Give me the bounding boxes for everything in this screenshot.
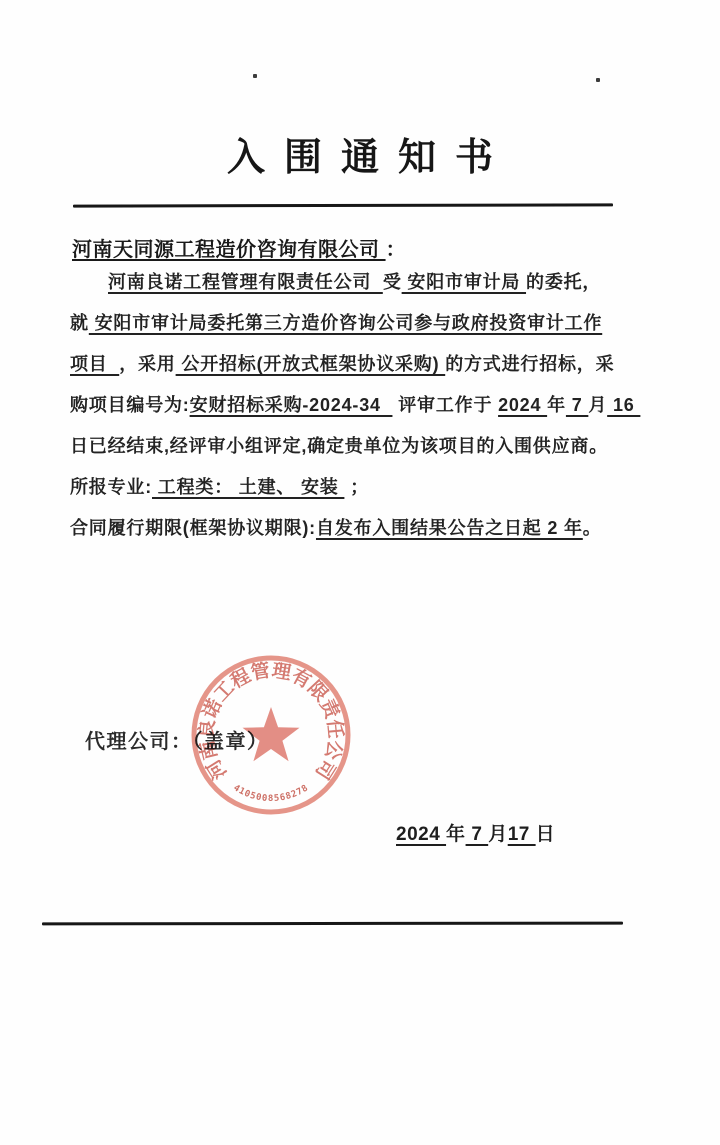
date-year-label: 年 — [446, 824, 466, 845]
scan-speck — [253, 74, 257, 78]
date-year: 2024 — [396, 824, 446, 845]
body-text-segment: ； — [344, 477, 369, 497]
company-seal: 河南良诺工程管理有限责任公司 4105008568278 — [189, 653, 353, 817]
review-day-blank: 16 — [607, 395, 640, 415]
date-day-label: 日 — [536, 824, 556, 845]
scan-speck — [596, 78, 600, 82]
svg-text:4105008568278: 4105008568278 — [231, 783, 310, 804]
body-text-segment: 日已经结束,经评审小组评定,确定贵单位为该项目的入围供应商。 — [70, 436, 608, 456]
seal-serial-number: 4105008568278 — [231, 783, 310, 804]
review-month-blank: 7 — [566, 395, 588, 415]
date-month-label: 月 — [488, 824, 508, 845]
body-text-segment: 年 — [547, 395, 566, 415]
body-line-2: 就 安阳市审计局委托第三方造价咨询公司参与政府投资审计工作 — [70, 303, 615, 344]
body-text-segment: 的委托， — [526, 272, 601, 292]
body-text-segment: 的方式进行招标，采 — [445, 354, 614, 374]
body-text-segment: 所报专业: — [70, 477, 152, 497]
page-title: 入围通知书 — [0, 126, 720, 181]
recipient-line: 河南天同源工程造价咨询有限公司 ： — [72, 233, 406, 262]
date-day: 17 — [508, 824, 536, 845]
seal-graphic: 河南良诺工程管理有限责任公司 4105008568278 — [189, 653, 353, 817]
body-line-7: 合同履行期限(框架协议期限):自发布入围结果公告之日起 2 年。 — [70, 508, 615, 549]
footer-divider — [42, 922, 623, 926]
issue-date: 2024 年 7 月17 日 — [396, 819, 555, 846]
body-text-segment: 评审工作于 — [392, 395, 498, 415]
agency-company-blank: 河南良诺工程管理有限责任公司 — [108, 272, 383, 292]
title-divider — [73, 203, 613, 207]
body-text-segment: 月 — [588, 395, 607, 415]
project-name-blank: 安阳市审计局委托第三方造价咨询公司参与政府投资审计工作 — [89, 313, 602, 333]
body-text-segment: ，采用 — [119, 354, 175, 374]
body-text-segment: 购项目编号为: — [70, 395, 190, 415]
purchaser-blank: 安阳市审计局 — [402, 272, 526, 292]
body-line-5: 日已经结束,经评审小组评定,确定贵单位为该项目的入围供应商。 — [70, 426, 615, 467]
body-text-segment: 就 — [70, 313, 89, 333]
seal-star-icon — [243, 707, 300, 761]
body-text-segment: 合同履行期限(框架协议期限): — [70, 518, 316, 538]
document-page: 入围通知书 河南天同源工程造价咨询有限公司 ： 河南良诺工程管理有限责任公司 受… — [0, 0, 720, 1145]
contract-term-blank: 自发布入围结果公告之日起 2 年 — [316, 518, 583, 538]
body-line-3: 项目 ，采用 公开招标(开放式框架协议采购) 的方式进行招标，采 — [70, 344, 615, 385]
date-month: 7 — [466, 824, 489, 845]
recipient-company: 河南天同源工程造价咨询有限公司 — [72, 239, 386, 261]
body-line-4: 购项目编号为:安财招标采购-2024-34 评审工作于 2024 年 7 月 1… — [70, 385, 615, 426]
body-line-1: 河南良诺工程管理有限责任公司 受 安阳市审计局 的委托， — [70, 262, 615, 303]
project-name-blank-cont: 项目 — [70, 354, 119, 374]
review-year-blank: 2024 — [498, 395, 547, 415]
body-text-segment: 受 — [383, 272, 402, 292]
notice-body: 河南良诺工程管理有限责任公司 受 安阳市审计局 的委托， 就 安阳市审计局委托第… — [70, 262, 615, 549]
body-text-segment: 。 — [583, 518, 602, 538]
project-number-blank: 安财招标采购-2024-34 — [190, 395, 393, 415]
recipient-colon: ： — [386, 239, 407, 261]
body-line-6: 所报专业: 工程类： 土建、 安装 ； — [70, 467, 615, 508]
bidding-method-blank: 公开招标(开放式框架协议采购) — [176, 354, 446, 374]
specialty-blank: 工程类： 土建、 安装 — [152, 477, 344, 497]
